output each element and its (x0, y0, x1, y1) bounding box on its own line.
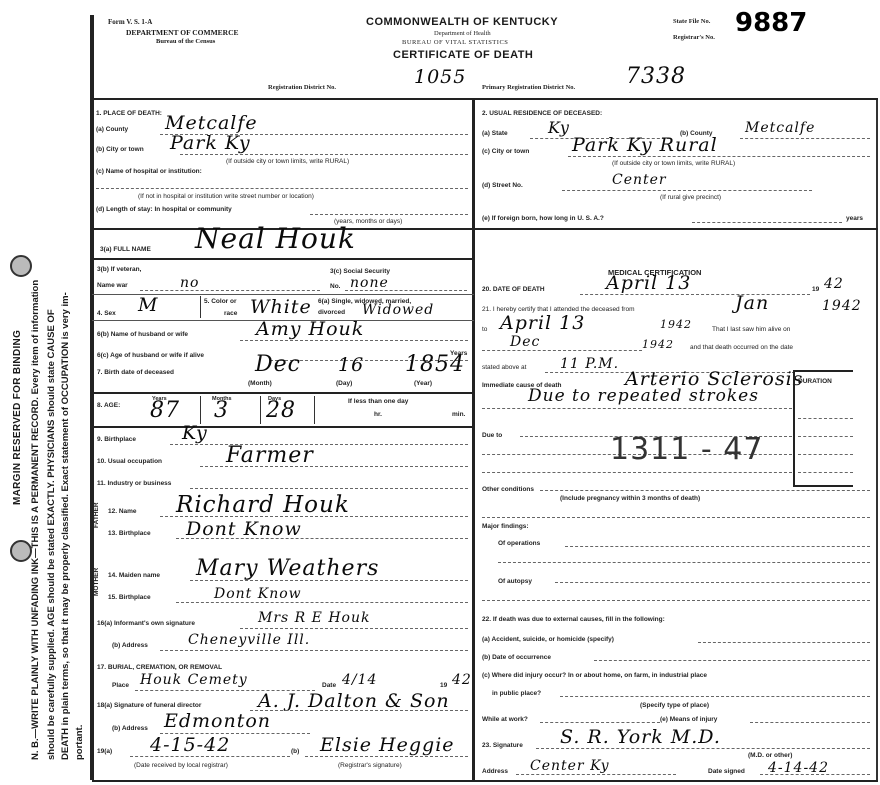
informant-value[interactable]: Mrs R E Houk (258, 610, 370, 626)
sex-value[interactable]: M (138, 294, 158, 316)
major-findings-label: Major findings: (482, 523, 529, 530)
hospital-line (96, 188, 468, 189)
dod-label: 20. DATE OF DEATH (482, 286, 545, 293)
binding-margin: MARGIN RESERVED FOR BINDING N. B.—WRITE … (0, 0, 88, 785)
race-value[interactable]: White (250, 296, 312, 318)
res-city-line (568, 156, 870, 157)
veteran-label: 3(b) If veteran, (97, 266, 141, 273)
res-foreign-label: (e) If foreign born, how long in U. S. A… (482, 215, 604, 222)
registrar-sig-caption: (Registrar's signature) (338, 762, 402, 769)
mother-name-label: 14. Maiden name (108, 572, 160, 579)
signature-line (536, 748, 870, 749)
due-to-line-3 (482, 472, 792, 473)
work-label: While at work? (482, 716, 528, 723)
mother-name-line (190, 580, 468, 581)
city-note: (If outside city or town limits, write R… (226, 158, 349, 165)
spouse-age-label: 6(c) Age of husband or wife if alive (97, 352, 204, 359)
registrar-date-line (130, 756, 290, 757)
birth-month[interactable]: Dec (255, 352, 301, 377)
birth-label: 7. Birth date of deceased (97, 369, 174, 376)
signature-label: 23. Signature (482, 742, 523, 749)
date-signed-line (760, 774, 870, 775)
burial-date-value[interactable]: 4/14 (342, 672, 377, 688)
age-months[interactable]: 3 (214, 398, 229, 423)
binding-hole-top (10, 255, 32, 277)
city-line (180, 154, 468, 155)
duration-line-1 (798, 418, 853, 419)
occupation-value[interactable]: Farmer (226, 443, 314, 468)
marital-value[interactable]: Widowed (362, 302, 434, 318)
attend-from-year[interactable]: 1942 (822, 298, 862, 314)
birth-year[interactable]: 1854 (405, 352, 465, 377)
burial-date-label: Date (322, 682, 336, 689)
occurrence-line (594, 660, 870, 661)
res-street-value[interactable]: Center (612, 172, 667, 188)
registrar-b-label: (b) (291, 748, 299, 755)
instructions-line-4: portant. (74, 725, 85, 760)
registrar-no-label: Registrar's No. (673, 34, 715, 41)
mother-tag: MOTHER (93, 568, 100, 596)
last-saw-label: That I last saw him alive on (712, 326, 790, 333)
date-signed-label: Date signed (708, 768, 745, 775)
age-less-day: If less than one day (348, 398, 408, 405)
stay-line (310, 214, 468, 215)
father-name-line (160, 516, 468, 517)
due-to-label: Due to (482, 432, 502, 439)
funeral-address-label: (b) Address (112, 725, 148, 732)
spouse-value[interactable]: Amy Houk (256, 318, 364, 340)
res-street-label: (d) Street No. (482, 182, 523, 189)
age-label: 8. AGE: (97, 402, 120, 409)
father-birthplace-label: 13. Birthplace (108, 530, 151, 537)
other-conditions-note: (Include pregnancy within 3 months of de… (560, 495, 700, 502)
accident-line (698, 642, 870, 643)
other-conditions-label: Other conditions (482, 486, 534, 493)
sex-divider (200, 296, 201, 318)
res-foreign-line (692, 222, 842, 223)
occurrence-label: (b) Date of occurrence (482, 654, 551, 661)
war-value[interactable]: no (180, 275, 199, 291)
dept-commerce: DEPARTMENT OF COMMERCE (126, 28, 239, 37)
burial-place-value[interactable]: Houk Cemety (140, 672, 248, 688)
external-heading: 22. If death was due to external causes,… (482, 616, 665, 623)
cause-line-2[interactable]: Due to repeated strokes (528, 386, 759, 406)
last-saw-value[interactable]: Dec (510, 334, 540, 350)
father-birthplace-value[interactable]: Dont Know (186, 518, 302, 540)
informant-address-value[interactable]: Cheneyville Ill. (188, 632, 310, 648)
ssn-line (345, 290, 467, 291)
state-file-label: State File No. (673, 18, 710, 25)
autopsy-label: Of autopsy (498, 578, 532, 585)
marital-label-2: divorced (318, 309, 345, 316)
hospital-label: (c) Name of hospital or institution: (96, 168, 202, 175)
city-value[interactable]: Park Ky (170, 132, 251, 154)
mother-name-value[interactable]: Mary Weathers (196, 556, 379, 581)
registrar-sig-line (305, 756, 468, 757)
res-state-value[interactable]: Ky (548, 118, 570, 137)
burial-heading: 17. BURIAL, CREMATION, OR REMOVAL (97, 664, 222, 671)
full-name-value[interactable]: Neal Houk (195, 222, 356, 255)
res-county-value[interactable]: Metcalfe (745, 120, 815, 136)
registrar-date-value[interactable]: 4-15-42 (150, 734, 230, 756)
other-line (540, 490, 870, 491)
header-rule (92, 98, 878, 100)
occupation-label: 10. Usual occupation (97, 458, 162, 465)
ssn-no-label: No. (330, 283, 340, 290)
place-of-death-heading: 1. PLACE OF DEATH: (96, 110, 162, 117)
sex-label: 4. Sex (97, 310, 116, 317)
registrar-label: 19(a) (97, 748, 112, 755)
findings-top-line (482, 517, 870, 518)
state-file-number: 9887 (735, 8, 807, 38)
state-title: COMMONWEALTH OF KENTUCKY (366, 16, 558, 28)
burial-year-value[interactable]: 42 (452, 672, 472, 688)
res-street-note: (If rural give precinct) (660, 194, 721, 201)
industry-line (190, 488, 468, 489)
funeral-address-value[interactable]: Edmonton (164, 710, 271, 732)
mother-bp-line (176, 602, 468, 603)
age-min: min. (452, 411, 465, 418)
occurred-label: and that death occurred on the date (690, 344, 793, 351)
father-bp-line (176, 538, 468, 539)
certificate-title: CERTIFICATE OF DEATH (393, 49, 533, 61)
cause-line-rule (482, 408, 792, 409)
res-state-label: (a) State (482, 130, 508, 137)
stay-label: (d) Length of stay: In hospital or commu… (96, 206, 232, 213)
dod-year-prefix: 19 (812, 286, 819, 293)
age-rule-bottom (92, 426, 474, 428)
war-label: Name war (97, 282, 128, 289)
place-type-note: (Specify type of place) (640, 702, 709, 709)
reg-district-label: Registration District No. (268, 84, 336, 91)
informant-line (240, 628, 468, 629)
signature-value[interactable]: S. R. York M.D. (560, 726, 721, 748)
reg-district-value[interactable]: 1055 (414, 66, 466, 88)
county-value[interactable]: Metcalfe (165, 112, 258, 134)
dept-health: Department of Health (434, 30, 491, 37)
registrar-signature[interactable]: Elsie Heggie (320, 734, 455, 756)
war-line (140, 290, 320, 291)
to-label: to (482, 326, 487, 333)
birthplace-line (170, 444, 468, 445)
form-left-border (90, 15, 94, 780)
attend-from-value[interactable]: Jan (735, 292, 769, 314)
day-caption: (Day) (336, 380, 352, 387)
external-top-line (482, 600, 870, 601)
funeral-director-value[interactable]: A. J. Dalton & Son (258, 690, 450, 712)
spouse-line (240, 340, 468, 341)
binding-hole-bottom (10, 540, 32, 562)
duration-label: DURATION (798, 378, 832, 385)
race-label-2: race (224, 310, 237, 317)
public-place-line (560, 696, 870, 697)
med-address-label: Address (482, 768, 508, 775)
center-divider (472, 100, 475, 780)
bottom-rule (92, 780, 878, 782)
funeral-line (250, 710, 468, 711)
residence-heading: 2. USUAL RESIDENCE OF DECEASED: (482, 110, 602, 117)
med-address-value[interactable]: Center Ky (530, 758, 610, 774)
work-line (540, 722, 660, 723)
attend-to-value[interactable]: April 13 (500, 312, 585, 334)
informant-address-line (160, 650, 468, 651)
race-label: 5. Color or (204, 298, 237, 305)
autopsy-line (555, 582, 870, 583)
primary-reg-label: Primary Registration District No. (482, 84, 575, 91)
birthplace-label: 9. Birthplace (97, 436, 136, 443)
margin-reserved-text: MARGIN RESERVED FOR BINDING (12, 330, 23, 505)
bureau-vital-stats: BUREAU OF VITAL STATISTICS (402, 39, 508, 46)
res-foreign-unit: years (846, 215, 863, 222)
duration-line-2 (798, 436, 853, 437)
ssn-label: 3(c) Social Security (330, 268, 390, 275)
father-tag: FATHER (93, 502, 100, 528)
month-caption: (Month) (248, 380, 272, 387)
form-number: Form V. S. 1-A (108, 18, 152, 26)
birth-day[interactable]: 16 (338, 354, 364, 376)
name-rule (92, 258, 474, 260)
classification-stamp: 1311 - 47 (610, 432, 763, 467)
means-line (750, 722, 870, 723)
res-city-value[interactable]: Park Ky Rural (572, 134, 718, 156)
occupation-line (200, 466, 468, 467)
informant-label: 16(a) Informant's own signature (97, 620, 195, 627)
duration-box (793, 370, 853, 487)
res-street-line (562, 190, 812, 191)
primary-reg-value[interactable]: 7338 (626, 64, 686, 89)
bureau-census: Bureau of the Census (156, 38, 215, 45)
duration-line-3 (798, 454, 853, 455)
form-right-border (876, 100, 878, 780)
age-hr: hr. (374, 411, 382, 418)
city-label: (b) City or town (96, 146, 144, 153)
burial-year-prefix: 19 (440, 682, 447, 689)
instructions-line-2: should be carefully supplied. AGE should… (46, 309, 57, 760)
accident-label: (a) Accident, suicide, or homicide (spec… (482, 636, 614, 643)
where-label: (c) Where did injury occur? In or about … (482, 672, 707, 679)
attend-to-year[interactable]: 1942 (660, 318, 692, 331)
dod-line (580, 294, 810, 295)
burial-place-label: Place (112, 682, 129, 689)
last-saw-year[interactable]: 1942 (642, 338, 674, 351)
duration-line-4 (798, 472, 853, 473)
res-city-note: (If outside city or town limits, write R… (612, 160, 735, 167)
hospital-note: (If not in hospital or institution write… (138, 193, 314, 200)
father-name-label: 12. Name (108, 508, 137, 515)
informant-address-label: (b) Address (112, 642, 148, 649)
year-caption: (Year) (414, 380, 432, 387)
age-divider-2 (260, 396, 261, 424)
age-days[interactable]: 28 (266, 398, 296, 423)
res-city-label: (c) City or town (482, 148, 529, 155)
dod-year-value[interactable]: 42 (824, 276, 844, 292)
industry-label: 11. Industry or business (97, 480, 171, 487)
registrar-date-caption: (Date received by local registrar) (134, 762, 228, 769)
birthplace-value[interactable]: Ky (182, 422, 208, 444)
operations-line (565, 546, 870, 547)
age-years[interactable]: 87 (150, 398, 180, 423)
father-name-value[interactable]: Richard Houk (176, 492, 350, 518)
mother-birthplace-value[interactable]: Dont Know (214, 586, 302, 602)
means-label: (e) Means of injury (660, 716, 717, 723)
spouse-label: 6(b) Name of husband or wife (97, 331, 188, 338)
age-divider-3 (314, 396, 315, 424)
full-name-label: 3(a) FULL NAME (100, 246, 151, 253)
operations-line-2 (498, 562, 870, 563)
funeral-director-label: 18(a) Signature of funeral director (97, 702, 201, 709)
last-saw-line (482, 350, 642, 351)
operations-label: Of operations (498, 540, 540, 547)
stated-label: stated above at (482, 364, 526, 371)
mother-birthplace-label: 15. Birthplace (108, 594, 151, 601)
md-note: (M.D. or other) (748, 752, 792, 759)
res-county-line (740, 138, 870, 139)
county-label: (a) County (96, 126, 128, 133)
dod-value[interactable]: April 13 (606, 272, 691, 294)
ssn-value[interactable]: none (350, 275, 389, 291)
stated-value[interactable]: 11 P.M. (560, 356, 619, 372)
instructions-line-1: N. B.—WRITE PLAINLY WITH UNFADING INK—TH… (30, 280, 41, 760)
age-rule-top (92, 392, 474, 394)
public-place-label: in public place? (492, 690, 541, 697)
med-address-line (516, 774, 676, 775)
instructions-line-3: DEATH in plain terms, so that it may be … (60, 292, 71, 760)
age-divider-1 (200, 396, 201, 424)
